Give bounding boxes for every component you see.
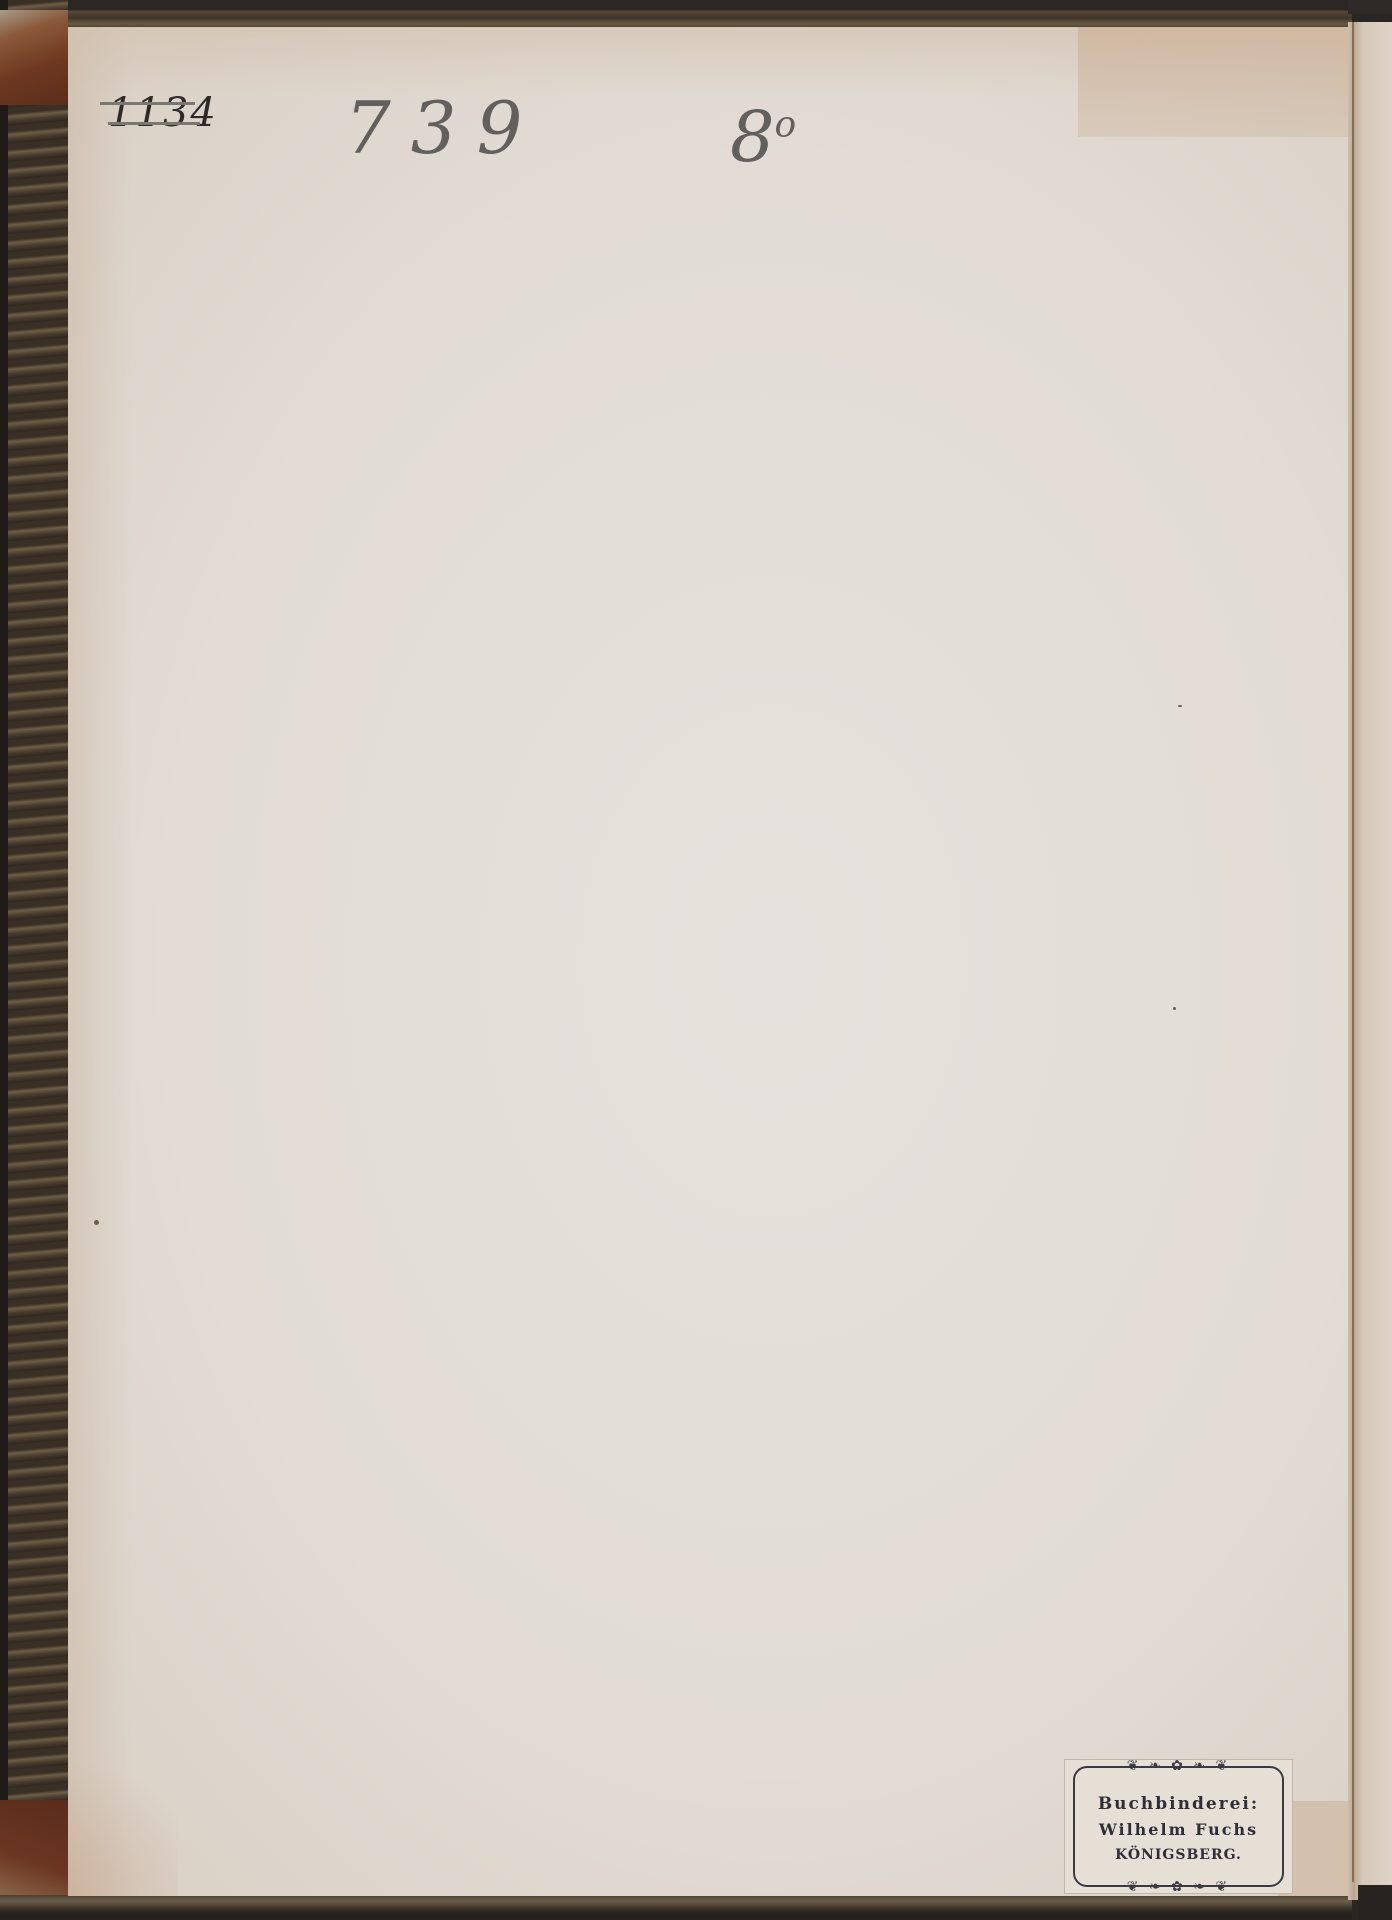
marbled-board-top <box>0 0 1352 28</box>
label-line-3: KÖNIGSBERG. <box>1065 1847 1292 1863</box>
foxing-top-right <box>1078 27 1348 137</box>
endpaper-page <box>68 27 1348 1896</box>
label-line-1: Buchbinderei: <box>1065 1794 1292 1814</box>
foxing-left <box>68 27 133 1896</box>
gutter-line <box>1352 22 1354 1882</box>
label-line-2: Wilhelm Fuchs <box>1065 1820 1292 1839</box>
board-right-top <box>1348 0 1392 14</box>
shelfmark-number: 739 <box>345 86 542 170</box>
format-superscript: o <box>775 105 797 146</box>
board-right-bottom <box>1358 1885 1392 1920</box>
leather-corner-top-left <box>0 10 68 105</box>
format-octavo: 8o <box>730 96 796 178</box>
gutter-facing-page <box>1348 22 1392 1900</box>
ink-spot <box>1173 1007 1176 1010</box>
strikethrough-line <box>108 122 200 125</box>
ink-spot <box>94 1220 99 1225</box>
leather-corner-bottom-left <box>0 1800 68 1900</box>
ink-spot <box>1178 705 1182 707</box>
foxing-bottom-left <box>68 1766 178 1896</box>
strikethrough-line <box>100 102 195 105</box>
bookbinder-label: Buchbinderei: Wilhelm Fuchs KÖNIGSBERG. <box>1064 1759 1293 1894</box>
marbled-board-bottom <box>0 1895 1352 1920</box>
old-shelfmark-struck: 1134 <box>108 90 218 136</box>
marbled-board-left <box>0 0 68 1920</box>
format-number: 8 <box>730 96 775 178</box>
